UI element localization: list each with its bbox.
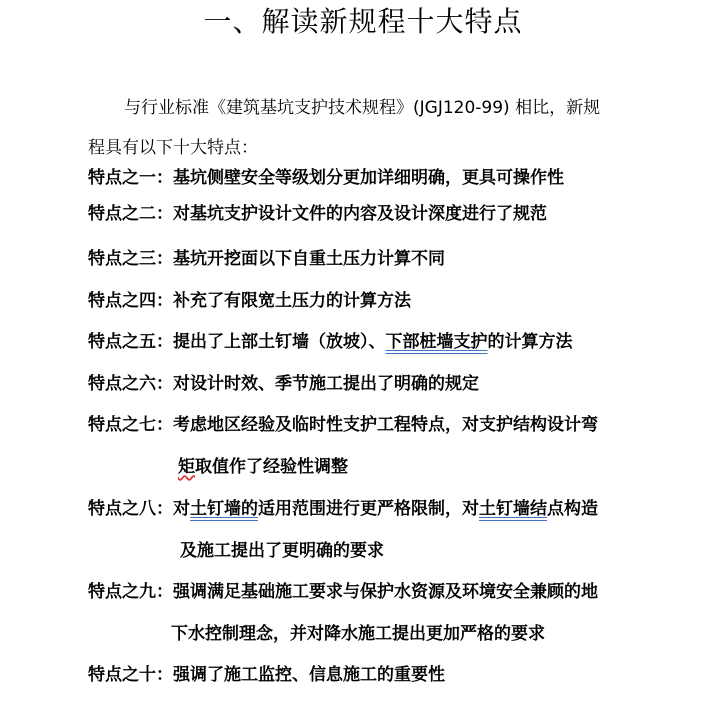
feature-item-3: 特点之三：基坑开挖面以下自重土压力计算不同	[88, 248, 658, 270]
feature-item-6: 特点之六：对设计时效、季节施工提出了明确的规定	[88, 373, 658, 395]
feature-label: 特点之六：	[88, 374, 173, 394]
feature-label: 特点之三：	[88, 249, 173, 269]
intro-line-2: 程具有以下十大特点：	[88, 128, 648, 168]
feature-continuation: 下水控制理念，并对降水施工提出更加严格的要求	[88, 623, 658, 645]
grammar-underlined-text[interactable]: 下部桩墙支护	[386, 332, 488, 352]
intro-paragraph: 与行业标准《建筑基坑支护技术规程》(JGJ120-99) 相比，新规 程具有以下…	[88, 88, 648, 168]
intro-line-1: 与行业标准《建筑基坑支护技术规程》(JGJ120-99) 相比，新规	[88, 88, 648, 128]
feature-continuation: 及施工提出了更明确的要求	[88, 540, 658, 562]
feature-label: 特点之四：	[88, 291, 173, 311]
feature-item-10: 特点之十：强调了施工监控、信息施工的重要性	[88, 664, 658, 686]
feature-item-9: 特点之九：强调满足基础施工要求与保护水资源及环境安全兼顾的地 下水控制理念，并对…	[88, 581, 658, 645]
feature-text: 强调了施工监控、信息施工的重要性	[173, 665, 445, 685]
feature-label: 特点之九：	[88, 582, 173, 602]
feature-text: 点构造	[547, 499, 598, 519]
feature-text: 适用范围进行更严格限制，对	[258, 499, 479, 519]
feature-item-7: 特点之七：考虑地区经验及临时性支护工程特点，对支护结构设计弯 矩取值作了经验性调…	[88, 414, 658, 478]
grammar-underlined-text[interactable]: 土钉墙的	[190, 499, 258, 519]
feature-label: 特点之十：	[88, 665, 173, 685]
feature-item-4: 特点之四：补充了有限宽土压力的计算方法	[88, 290, 658, 312]
spelling-underlined-text[interactable]: 矩	[178, 457, 195, 477]
feature-text: 基坑侧壁安全等级划分更加详细明确，更具可操作性	[173, 168, 564, 188]
feature-text: 的计算方法	[488, 332, 573, 352]
feature-continuation: 矩取值作了经验性调整	[88, 456, 658, 478]
feature-text: 对基坑支护设计文件的内容及设计深度进行了规范	[173, 204, 547, 224]
document-title: 一、解读新规程十大特点	[0, 2, 726, 42]
feature-item-5: 特点之五：提出了上部土钉墙（放坡）、下部桩墙支护的计算方法	[88, 331, 658, 353]
feature-text: 考虑地区经验及临时性支护工程特点，对支护结构设计弯	[173, 415, 598, 435]
feature-text: 对设计时效、季节施工提出了明确的规定	[173, 374, 479, 394]
feature-label: 特点之五：	[88, 332, 173, 352]
feature-label: 特点之二：	[88, 204, 173, 224]
grammar-underlined-text[interactable]: 土钉墙结	[479, 499, 547, 519]
feature-text: 补充了有限宽土压力的计算方法	[173, 291, 411, 311]
feature-text: 基坑开挖面以下自重土压力计算不同	[173, 249, 445, 269]
feature-item-2: 特点之二：对基坑支护设计文件的内容及设计深度进行了规范	[88, 203, 658, 225]
feature-item-8: 特点之八：对土钉墙的适用范围进行更严格限制，对土钉墙结点构造 及施工提出了更明确…	[88, 498, 658, 562]
feature-text: 强调满足基础施工要求与保护水资源及环境安全兼顾的地	[173, 582, 598, 602]
feature-label: 特点之八：	[88, 499, 173, 519]
feature-label: 特点之七：	[88, 415, 173, 435]
feature-label: 特点之一：	[88, 168, 173, 188]
feature-item-1: 特点之一：基坑侧壁安全等级划分更加详细明确，更具可操作性	[88, 167, 658, 189]
feature-text: 提出了上部土钉墙（放坡）、	[173, 332, 386, 352]
feature-text: 对	[173, 499, 190, 519]
